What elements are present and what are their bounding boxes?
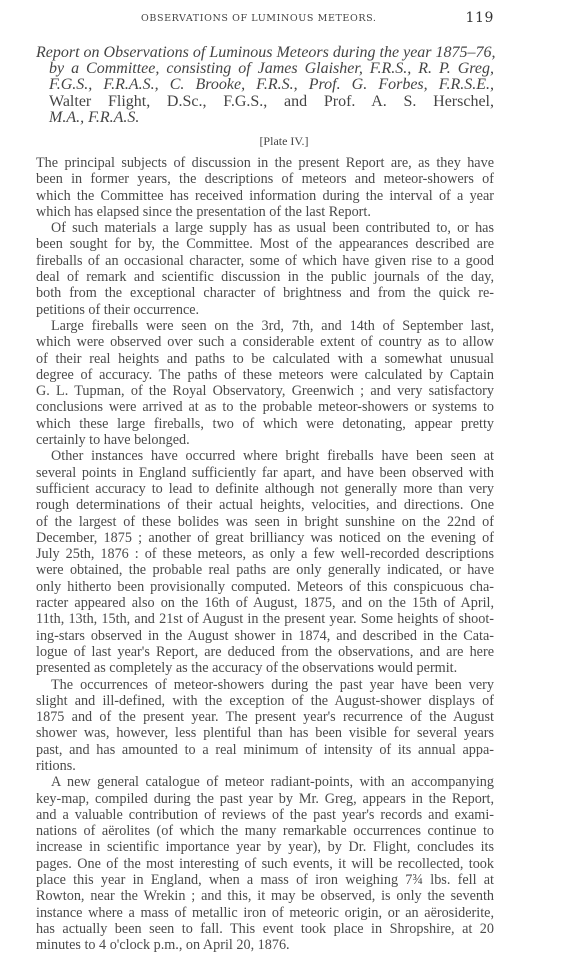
text-line: minutes to 4 o'clock p.m., on April 20, … [36,937,494,953]
title-line: Report on Observations of Luminous Meteo… [36,45,494,61]
text-line: ing-stars observed in the August shower … [36,628,494,644]
text-line: several points in England sufficiently f… [36,465,494,481]
running-head: OBSERVATIONS OF LUMINOUS METEORS. 119 [36,11,494,27]
text-line: both from the exceptional character of b… [36,285,494,301]
text-line: past, and has amounted to a real minimum… [36,742,494,758]
text-line: The principal subjects of discussion in … [36,155,494,171]
text-line: increase in scientific importance year b… [36,839,494,855]
paragraph: Of such materials a large supply has as … [36,220,494,318]
paragraph: The occurrences of meteor-showers during… [36,677,494,775]
text-line: key-map, compiled during the past year b… [36,791,494,807]
report-title: Report on Observations of Luminous Meteo… [36,45,494,126]
plate-reference: [Plate IV.] [0,134,568,149]
text-line: December, 1875 ; another of great brilli… [36,530,494,546]
text-line: which has elapsed since the presentation… [36,204,494,220]
text-line: which were observed over such a consider… [36,334,494,350]
text-line: instance where a mass of metallic iron o… [36,905,494,921]
text-line: racter appeared also on the 16th of Augu… [36,595,494,611]
paragraph: The principal subjects of discussion in … [36,155,494,220]
text-line: Other instances have occurred where brig… [36,448,494,464]
text-line: and a valuable contribution of reviews o… [36,807,494,823]
text-line: place this year in England, when a mass … [36,872,494,888]
document-page: OBSERVATIONS OF LUMINOUS METEORS. 119 Re… [0,0,568,960]
text-line: pages. One of the most interesting of su… [36,856,494,872]
paragraph: Other instances have occurred where brig… [36,448,494,676]
text-line: July 25th, 1876 : of these meteors, as o… [36,546,494,562]
text-line: 11th, 13th, 15th, and 21st of August in … [36,611,494,627]
text-line: certainly to have belonged. [36,432,494,448]
text-line: shower was, however, less plentiful than… [36,725,494,741]
text-line: 1875 and of the present year. The presen… [36,709,494,725]
paragraph: A new general catalogue of meteor radian… [36,774,494,953]
text-line: logue of last year's Report, are deduced… [36,644,494,660]
text-line: G. L. Tupman, of the Royal Observatory, … [36,383,494,399]
text-line: rough determinations of their actual hei… [36,497,494,513]
text-line: Of such materials a large supply has as … [36,220,494,236]
text-line: The occurrences of meteor-showers during… [36,677,494,693]
text-line: has actually been seen to fall. This eve… [36,921,494,937]
text-line: fireballs of an occasional character, so… [36,253,494,269]
text-line: deal of remark and scientific discussion… [36,269,494,285]
paragraph: Large fireballs were seen on the 3rd, 7t… [36,318,494,448]
title-line: Walter Flight, D.Sc., F.G.S., and Prof. … [36,94,494,110]
text-line: were obtained, the probable real paths a… [36,562,494,578]
title-line: M.A., F.R.A.S. [36,110,494,126]
page-number: 119 [465,10,494,26]
text-line: which these large fireballs, two of whic… [36,416,494,432]
body-text: The principal subjects of discussion in … [36,155,494,954]
text-line: petitions of their occurrence. [36,302,494,318]
text-line: sufficient accuracy to lead to definite … [36,481,494,497]
text-line: presented as completely as the accuracy … [36,660,494,676]
text-line: conclusions were arrived at as to the pr… [36,399,494,415]
text-line: A new general catalogue of meteor radian… [36,774,494,790]
text-line: nations of aërolites (of which the many … [36,823,494,839]
text-line: of their real heights and paths to be ca… [36,351,494,367]
text-line: ritions. [36,758,494,774]
text-line: degree of accuracy. The paths of these m… [36,367,494,383]
text-line: Large fireballs were seen on the 3rd, 7t… [36,318,494,334]
text-line: only hitherto been provisionally compute… [36,579,494,595]
running-title: OBSERVATIONS OF LUMINOUS METEORS. [141,13,376,24]
text-line: Rowton, near the Wrekin ; and this, it m… [36,888,494,904]
title-line: F.G.S., F.R.A.S., C. Brooke, F.R.S., Pro… [36,77,494,93]
title-line: by a Committee, consisting of James Glai… [36,61,494,77]
text-line: which the Committee has received informa… [36,188,494,204]
text-line: been sought for by, the Committee. Most … [36,236,494,252]
text-line: of the largest of these bolides was seen… [36,514,494,530]
text-line: been in former years, the descriptions o… [36,171,494,187]
text-line: slight and ill-defined, with the excepti… [36,693,494,709]
